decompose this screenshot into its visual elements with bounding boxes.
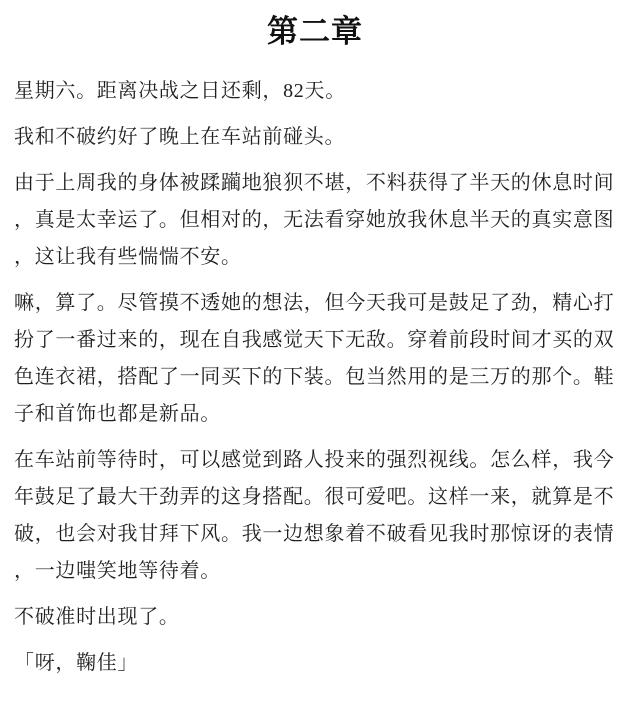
paragraph: 星期六。距离决战之日还剩，82天。 — [14, 73, 616, 110]
document-page: 第二章 星期六。距离决战之日还剩，82天。 我和不破约好了晚上在车站前碰头。 由… — [0, 0, 624, 702]
chapter-title: 第二章 — [14, 12, 616, 52]
paragraph: 我和不破约好了晚上在车站前碰头。 — [14, 119, 616, 156]
paragraph: 由于上周我的身体被蹂躏地狼狈不堪，不料获得了半天的休息时间 ，真是太幸运了。但相… — [14, 165, 616, 276]
paragraph: 嘛，算了。尽管摸不透她的想法，但今天我可是鼓足了劲，精心打 扮了一番过来的，现在… — [14, 285, 616, 433]
paragraph: 在车站前等待时，可以感觉到路人投来的强烈视线。怎么样，我今 年鼓足了最大干劲弄的… — [14, 442, 616, 590]
paragraph: 「呀，鞠佳」 — [14, 645, 616, 682]
paragraph: 不破准时出现了。 — [14, 599, 616, 636]
chapter-body: 星期六。距离决战之日还剩，82天。 我和不破约好了晚上在车站前碰头。 由于上周我… — [14, 73, 616, 682]
